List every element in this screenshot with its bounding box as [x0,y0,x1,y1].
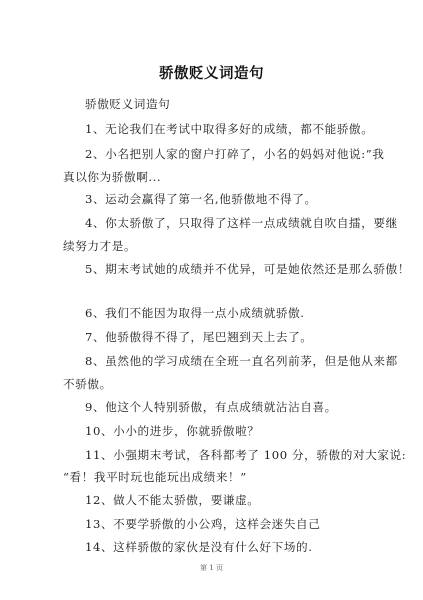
sentence-line-continued: “看！我平时玩也能玩出成绩来！” [63,469,247,485]
sentence-line: 2、小名把别人家的窗户打碎了，小名的妈妈对他说:”我 [85,146,384,162]
sentence-line-continued: 不骄傲。 [63,376,112,392]
sentence-line: 14、这样骄傲的家伙是没有什么好下场的. [85,539,313,555]
sentence-line: 6、我们不能因为取得一点小成绩就骄傲. [85,305,305,321]
sentence-line: 4、你太骄傲了，只取得了这样一点成绩就自吹自擂，要继 [85,215,398,231]
sentence-line: 11、小强期末考试，各科都考了 100 分，骄傲的对大家说: [85,447,406,463]
sentence-line: 9、他这个人特别骄傲，有点成绩就沾沾自喜。 [85,399,337,415]
document-title: 骄傲贬义词造句 [0,62,423,83]
sentence-line: 3、运动会赢得了第一名,他骄傲地不得了。 [85,191,317,207]
sentence-line: 5、期末考试她的成绩并不优异，可是她依然还是那么骄傲！ [85,261,410,277]
sentence-line: 13、不要学骄傲的小公鸡，这样会迷失自己 [85,516,320,532]
sentence-line-continued: 真以你为骄傲啊... [63,169,161,185]
sentence-line: 10、小小的进步，你就骄傲啦？ [85,423,259,439]
sentence-line-continued: 续努力才是。 [63,238,136,254]
document-subtitle: 骄傲贬义词造句 [85,96,170,112]
document-page: 骄傲贬义词造句 骄傲贬义词造句 1、无论我们在考试中取得多好的成绩，都不能骄傲。… [0,0,423,600]
page-number: 第 1 页 [0,563,423,573]
sentence-line: 8、虽然他的学习成绩在全班一直名列前茅，但是他从来都 [85,353,398,369]
sentence-line: 1、无论我们在考试中取得多好的成绩，都不能骄傲。 [85,121,373,137]
sentence-line: 7、他骄傲得不得了，尾巴翘到天上去了。 [85,329,312,345]
sentence-line: 12、做人不能太骄傲，要谦虚。 [85,492,259,508]
